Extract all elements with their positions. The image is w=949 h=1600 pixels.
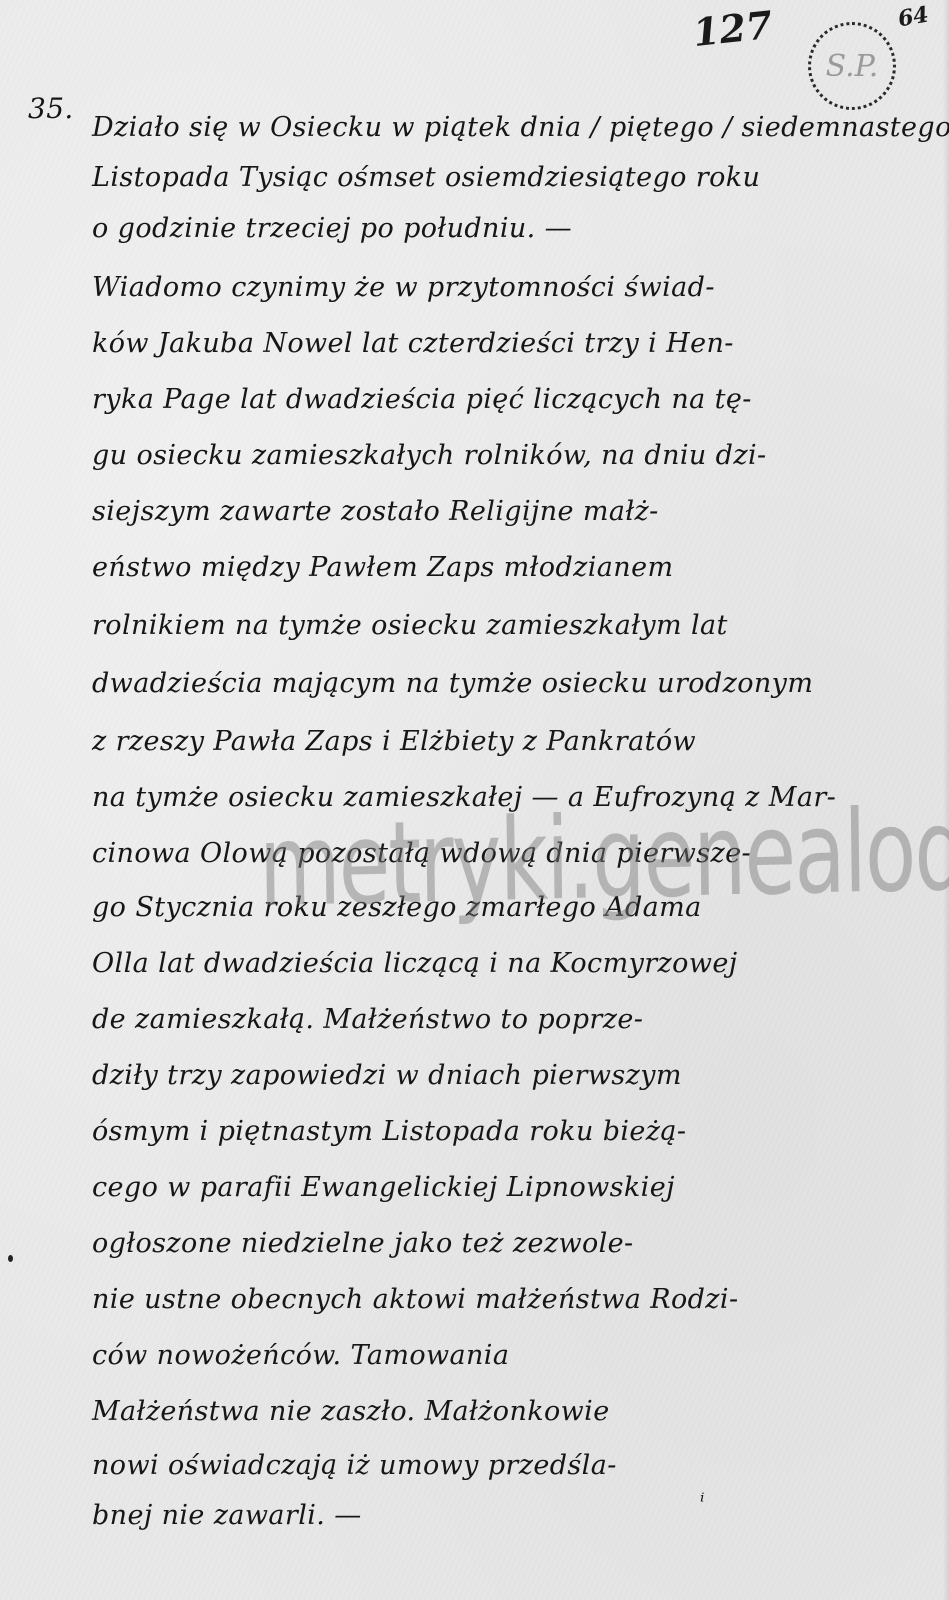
text-line: bnej nie zawarli. — xyxy=(92,1500,362,1531)
text-line: gu osiecku zamieszkałych rolników, na dn… xyxy=(92,440,767,471)
text-line: Olla lat dwadzieścia liczącą i na Kocmyr… xyxy=(92,948,738,979)
text-line: ryka Page lat dwadzieścia pięć liczących… xyxy=(92,384,752,415)
text-line: dwadzieścia mającym na tymże osiecku uro… xyxy=(92,668,813,699)
ink-dot xyxy=(8,1255,13,1262)
page-number: 64 xyxy=(896,2,931,33)
text-line: dziły trzy zapowiedzi w dniach pierwszym xyxy=(92,1060,682,1091)
folio-number: 127 xyxy=(691,2,775,55)
text-line: ków Jakuba Nowel lat czterdzieści trzy i… xyxy=(92,328,734,359)
text-line: nowi oświadczają iż umowy przedśla- xyxy=(92,1450,617,1481)
signature-mark: ⁱ xyxy=(700,1490,704,1515)
entry-number: 35. xyxy=(28,92,74,125)
text-line: siejszym zawarte zostało Religijne małż- xyxy=(92,496,659,527)
text-line: cego w parafii Ewangelickiej Lipnowskiej xyxy=(92,1172,675,1203)
text-line: nie ustne obecnych aktowi małżeństwa Rod… xyxy=(92,1284,739,1315)
text-line: de zamieszkałą. Małżeństwo to poprze- xyxy=(92,1004,643,1035)
text-line: Listopada Tysiąc ośmset osiemdziesiątego… xyxy=(92,162,760,193)
stamp-text: S.P. xyxy=(826,49,879,84)
text-line: z rzeszy Pawła Zaps i Elżbiety z Pankrat… xyxy=(92,726,696,757)
text-line: Działo się w Osiecku w piątek dnia / pię… xyxy=(92,112,949,143)
text-line: Wiadomo czynimy że w przytomności świad- xyxy=(92,272,715,303)
text-line-with-groom-name: eństwo między Pawłem Zaps młodzianem xyxy=(92,552,673,583)
watermark: metryki.genealodzy.pl xyxy=(258,779,949,932)
text-line: Małżeństwa nie zaszło. Małżonkowie xyxy=(92,1396,610,1427)
text-line: ósmym i piętnastym Listopada roku bieżą- xyxy=(92,1116,686,1147)
text-line: ców nowożeńców. Tamowania xyxy=(92,1340,509,1371)
archive-stamp: S.P. xyxy=(808,22,896,110)
text-line: o godzinie trzeciej po południu. — xyxy=(92,213,572,244)
text-line: ogłoszone niedzielne jako też zezwole- xyxy=(92,1228,634,1259)
text-line: rolnikiem na tymże osiecku zamieszkałym … xyxy=(92,610,728,641)
